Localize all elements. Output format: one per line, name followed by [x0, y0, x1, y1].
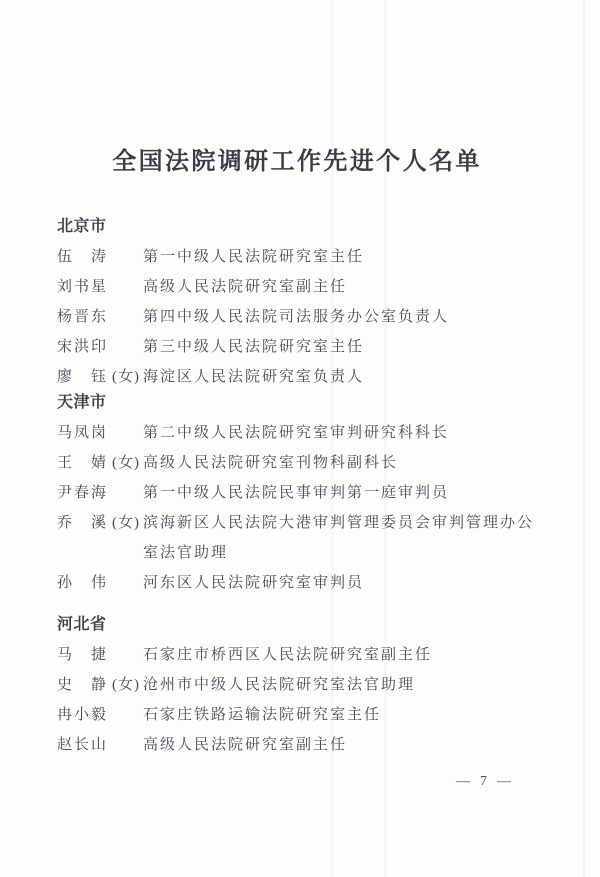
region-header: 北京市	[57, 212, 557, 242]
person-position: 第四中级人民法院司法服务办公室负责人	[143, 302, 539, 332]
person-position: 第一中级人民法院民事审判第一庭审判员	[143, 478, 539, 508]
document-page: 全国法院调研工作先进个人名单 北京市伍 涛第一中级人民法院研究室主任刘书星高级人…	[0, 0, 600, 877]
person-position: 高级人民法院研究室副主任	[143, 272, 539, 302]
person-name: 马凤岗	[57, 418, 112, 448]
region-section: 北京市伍 涛第一中级人民法院研究室主任刘书星高级人民法院研究室副主任杨晋东第四中…	[57, 212, 557, 392]
person-position: 第三中级人民法院研究室主任	[143, 332, 539, 362]
person-name: 王 婧	[57, 448, 112, 478]
person-row: 乔 溪(女)滨海新区人民法院大港审判管理委员会审判管理办公室法官助理	[57, 508, 557, 568]
person-row: 刘书星高级人民法院研究室副主任	[57, 272, 557, 302]
person-row: 尹春海第一中级人民法院民事审判第一庭审判员	[57, 478, 557, 508]
person-name: 尹春海	[57, 478, 112, 508]
region-section: 天津市马凤岗第二中级人民法院研究室审判研究科科长王 婧(女)高级人民法院研究室刊…	[57, 388, 557, 598]
person-name: 孙 伟	[57, 568, 112, 598]
gender-note: (女)	[112, 362, 143, 392]
person-name: 冉小毅	[57, 700, 112, 730]
award-list: 北京市伍 涛第一中级人民法院研究室主任刘书星高级人民法院研究室副主任杨晋东第四中…	[57, 212, 557, 760]
person-row: 廖 钰(女)海淀区人民法院研究室负责人	[57, 362, 557, 392]
person-position: 河东区人民法院研究室审判员	[143, 568, 539, 598]
person-position: 海淀区人民法院研究室负责人	[143, 362, 539, 392]
person-name: 伍 涛	[57, 242, 112, 272]
person-name: 宋洪印	[57, 332, 112, 362]
person-row: 杨晋东第四中级人民法院司法服务办公室负责人	[57, 302, 557, 332]
person-row: 冉小毅石家庄铁路运输法院研究室主任	[57, 700, 557, 730]
person-name: 马 捷	[57, 640, 112, 670]
gender-note: (女)	[112, 670, 143, 700]
person-position: 石家庄铁路运输法院研究室主任	[143, 700, 539, 730]
region-header: 天津市	[57, 388, 557, 418]
person-row: 伍 涛第一中级人民法院研究室主任	[57, 242, 557, 272]
document-title: 全国法院调研工作先进个人名单	[0, 147, 594, 177]
person-row: 宋洪印第三中级人民法院研究室主任	[57, 332, 557, 362]
person-position: 第二中级人民法院研究室审判研究科科长	[143, 418, 539, 448]
person-row: 赵长山高级人民法院研究室副主任	[57, 730, 557, 760]
person-position: 沧州市中级人民法院研究室法官助理	[143, 670, 539, 700]
person-name: 乔 溪	[57, 508, 112, 538]
person-name: 刘书星	[57, 272, 112, 302]
person-row: 马 捷石家庄市桥西区人民法院研究室副主任	[57, 640, 557, 670]
person-position: 第一中级人民法院研究室主任	[143, 242, 539, 272]
person-position: 滨海新区人民法院大港审判管理委员会审判管理办公室法官助理	[143, 508, 539, 568]
region-header: 河北省	[57, 610, 557, 640]
person-name: 史 静	[57, 670, 112, 700]
person-row: 孙 伟河东区人民法院研究室审判员	[57, 568, 557, 598]
scan-artifact	[583, 0, 585, 877]
person-name: 赵长山	[57, 730, 112, 760]
person-position: 高级人民法院研究室副主任	[143, 730, 539, 760]
region-section: 河北省马 捷石家庄市桥西区人民法院研究室副主任史 静(女)沧州市中级人民法院研究…	[57, 610, 557, 760]
person-name: 杨晋东	[57, 302, 112, 332]
person-position: 高级人民法院研究室刊物科副科长	[143, 448, 539, 478]
person-row: 史 静(女)沧州市中级人民法院研究室法官助理	[57, 670, 557, 700]
gender-note: (女)	[112, 448, 143, 478]
person-position: 石家庄市桥西区人民法院研究室副主任	[143, 640, 539, 670]
page-number: — 7 —	[456, 773, 512, 791]
person-row: 马凤岗第二中级人民法院研究室审判研究科科长	[57, 418, 557, 448]
person-row: 王 婧(女)高级人民法院研究室刊物科副科长	[57, 448, 557, 478]
gender-note: (女)	[112, 508, 143, 538]
